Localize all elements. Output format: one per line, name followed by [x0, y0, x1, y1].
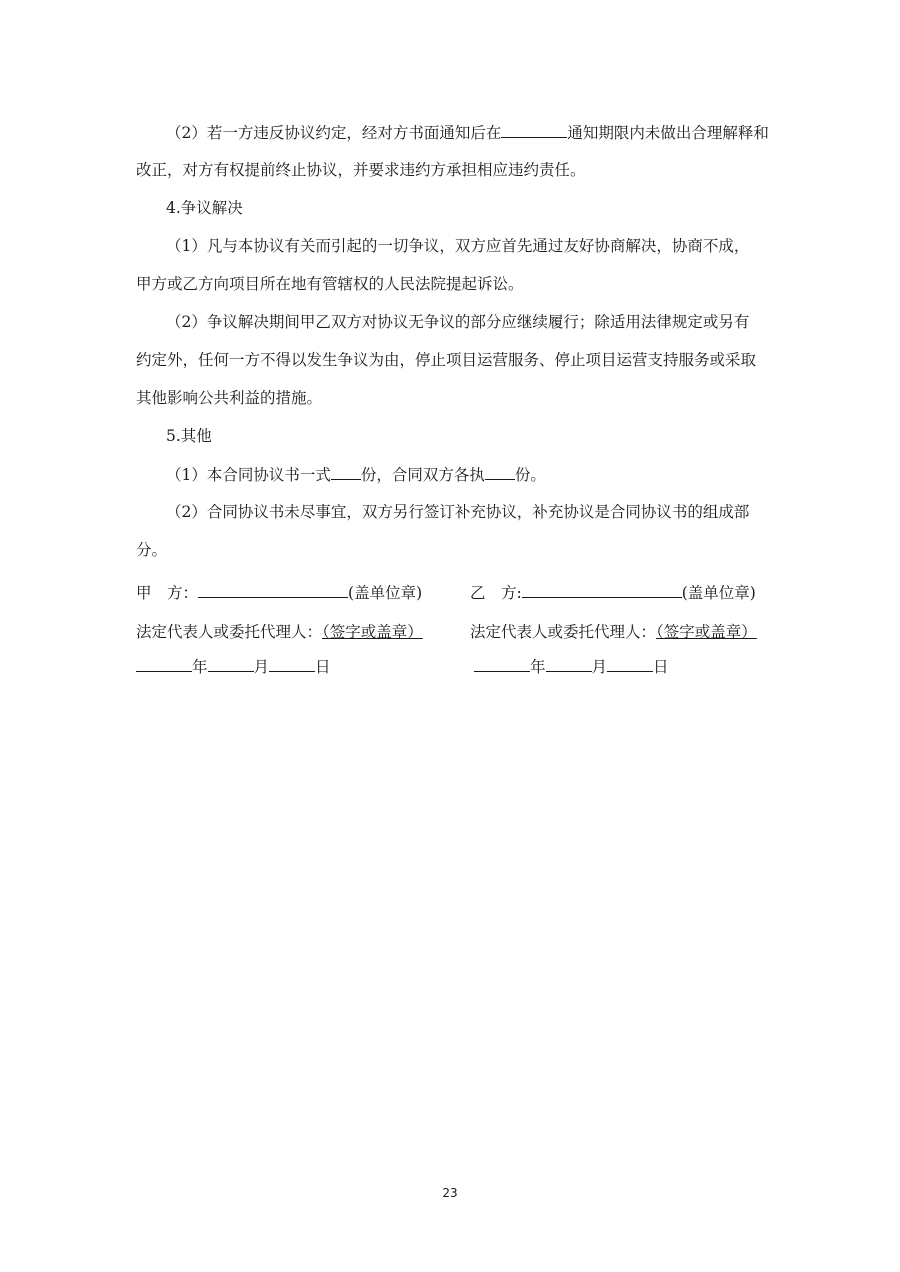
month-label: 月 [592, 658, 608, 676]
page-number: 23 [0, 1186, 900, 1200]
seal-note: (盖单位章) [348, 584, 422, 602]
party-a-date-row: 年月日 [136, 656, 331, 677]
party-b-date-row: 年月日 [474, 656, 669, 677]
year-blank [474, 656, 530, 672]
text: （1）本合同协议书一式 [166, 466, 331, 484]
party-b-rep-row: 法定代表人或委托代理人：（签字或盖章） [470, 622, 757, 642]
party-a-label: 甲 方： [136, 584, 198, 602]
party-a-blank [198, 582, 348, 598]
party-a-row: 甲 方：(盖单位章) [136, 582, 422, 603]
day-label: 日 [653, 658, 669, 676]
year-label: 年 [530, 658, 546, 676]
section5-item1: （1）本合同协议书一式份，合同双方各执份。 [166, 464, 546, 485]
section5-heading: 5.其他 [166, 426, 212, 446]
blank-field [331, 464, 361, 480]
month-blank [546, 656, 592, 672]
party-b-label: 乙 方: [470, 584, 522, 602]
blank-field [501, 122, 567, 138]
blank-field [485, 464, 515, 480]
sign-note: （签字或盖章） [322, 623, 423, 641]
party-b-row: 乙 方:(盖单位章) [470, 582, 756, 603]
section4-heading: 4.争议解决 [166, 198, 243, 218]
text: （2）若一方违反协议约定，经对方书面通知后在 [166, 124, 501, 142]
section4-item2-line3: 其他影响公共利益的措施。 [136, 388, 322, 408]
text: 份，合同双方各执 [361, 466, 485, 484]
day-blank [269, 656, 315, 672]
rep-label: 法定代表人或委托代理人： [470, 623, 656, 641]
section4-item1-line1: （1）凡与本协议有关而引起的一切争议，双方应首先通过友好协商解决，协商不成， [166, 236, 749, 256]
day-label: 日 [315, 658, 331, 676]
year-label: 年 [192, 658, 208, 676]
section3-item2-line1: （2）若一方违反协议约定，经对方书面通知后在通知期限内未做出合理解释和 [166, 122, 769, 143]
year-blank [136, 656, 192, 672]
sign-note: （签字或盖章） [656, 623, 757, 641]
party-b-blank [522, 582, 682, 598]
section4-item1-line2: 甲方或乙方向项目所在地有管辖权的人民法院提起诉讼。 [136, 274, 524, 294]
month-blank [208, 656, 254, 672]
section5-item2-line2: 分。 [136, 540, 167, 560]
document-page: （2）若一方违反协议约定，经对方书面通知后在通知期限内未做出合理解释和 改正，对… [0, 0, 900, 1272]
rep-label: 法定代表人或委托代理人： [136, 623, 322, 641]
text: 通知期限内未做出合理解释和 [567, 124, 769, 142]
section4-item2-line1: （2）争议解决期间甲乙双方对协议无争议的部分应继续履行；除适用法律规定或另有 [166, 312, 749, 332]
section4-item2-line2: 约定外，任何一方不得以发生争议为由，停止项目运营服务、停止项目运营支持服务或采取 [136, 350, 756, 370]
section5-item2-line1: （2）合同协议书未尽事宜，双方另行签订补充协议，补充协议是合同协议书的组成部 [166, 502, 749, 522]
month-label: 月 [254, 658, 270, 676]
section3-item2-line2: 改正，对方有权提前终止协议，并要求违约方承担相应违约责任。 [136, 160, 586, 180]
party-a-rep-row: 法定代表人或委托代理人：（签字或盖章） [136, 622, 423, 642]
seal-note: (盖单位章) [682, 584, 756, 602]
day-blank [607, 656, 653, 672]
text: 份。 [515, 466, 546, 484]
